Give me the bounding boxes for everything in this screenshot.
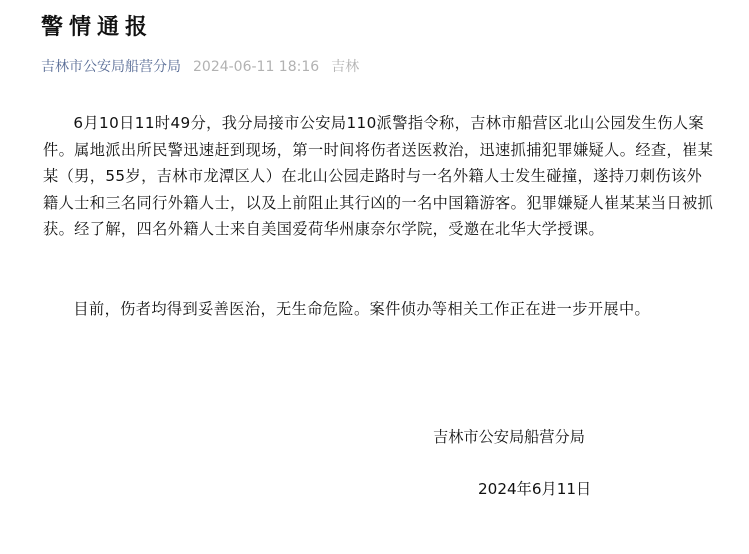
article-title: 警情通报 <box>41 12 153 44</box>
signature-organization: 吉林市公安局船营分局 <box>433 426 585 448</box>
signature-date: 2024年6月11日 <box>478 478 591 500</box>
author-link[interactable]: 吉林市公安局船营分局 <box>41 59 181 75</box>
publish-location: 吉林 <box>331 59 359 75</box>
body-paragraph-1: 6月10日11时49分，我分局接市公安局110派警指令称，吉林市船营区北山公园发… <box>43 110 715 243</box>
publish-time: 2024-06-11 18:16 <box>193 59 319 75</box>
article-meta: 吉林市公安局船营分局2024-06-11 18:16吉林 <box>41 57 359 77</box>
body-paragraph-2: 目前，伤者均得到妥善医治，无生命危险。案件侦办等相关工作正在进一步开展中。 <box>43 296 715 323</box>
